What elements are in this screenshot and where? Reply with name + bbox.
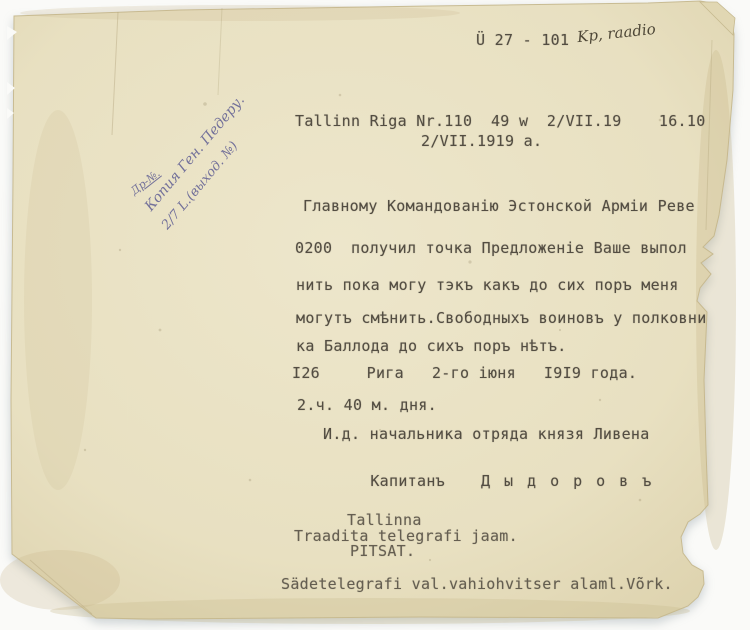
signature-rank: Капитанъ — [370, 472, 445, 490]
signature-line: КапитанъДыдоровъ — [333, 454, 665, 508]
body-text-line: могутъ смѣнить.Свободныхъ воиновъ у полк… — [296, 309, 707, 327]
registration-code: Ü 27 - 101 — [476, 31, 569, 49]
document-scan: Ü 27 - 101 Kp, raadio Tallinn Riga Nr.11… — [0, 0, 750, 630]
body-text-line: ка Баллода до сихъ поръ нѣтъ. — [296, 337, 567, 355]
duty-officer-line: Sädetelegrafi val.vahiohvitser alaml.Võr… — [281, 575, 673, 593]
body-text-line: нить пока могу тэкъ какъ до сих поръ мен… — [296, 276, 679, 294]
signature-name: Дыдоровъ — [481, 472, 665, 490]
telegram-routing-line: Tallinn Riga Nr.110 49 w 2/VII.19 16.10 — [295, 112, 706, 130]
body-number-date-line: I26 Рига 2-го іюня I9I9 года. — [292, 364, 637, 382]
telegram-date-line: 2/VII.1919 a. — [421, 132, 542, 150]
body-time-line: 2.ч. 40 м. дня. — [297, 396, 437, 414]
body-text-line: 0200 получил точка Предложеніе Ваше выпо… — [295, 239, 687, 257]
station-seal-label: PITSAT. — [350, 542, 415, 560]
body-address-line: Главному Командованію Эстонской Арміи Ре… — [303, 197, 695, 215]
body-signatory-title-line: И.д. начальника отряда князя Ливена — [323, 425, 650, 443]
